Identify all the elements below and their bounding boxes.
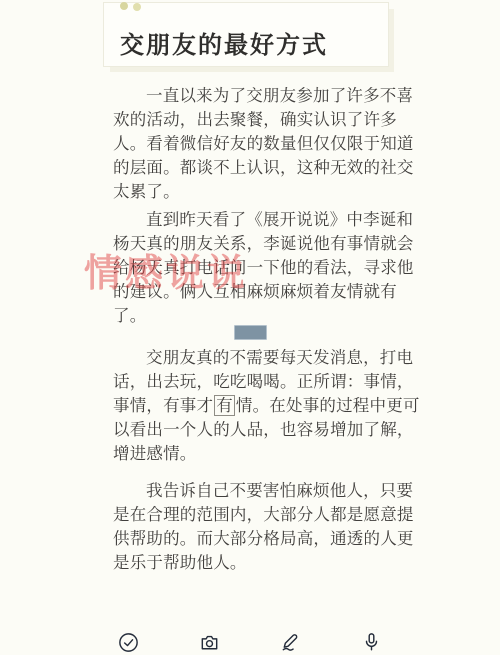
paragraph-1: 一直以来为了交朋友参加了许多不喜 欢的活动，出去聚餐，确实认识了许多 人。看着微… xyxy=(113,84,453,204)
microphone-icon[interactable] xyxy=(360,631,383,654)
paragraph-3: 交朋友真的不需要每天发消息，打电 话，出去玩，吃吃喝喝。正所谓：事情， 事情，有… xyxy=(113,346,453,466)
bottom-toolbar xyxy=(117,631,383,654)
paragraph-2: 直到昨天看了《展开说说》中李诞和 杨天真的朋友关系，李诞说他有事情就会 给杨天真… xyxy=(113,208,453,328)
page-title: 交朋友的最好方式 xyxy=(120,25,328,60)
camera-icon[interactable] xyxy=(198,631,221,654)
paragraph-4: 我告诉自己不要害怕麻烦他人，只要 是在合理的范围内，大部分人都是愿意提 供帮助的… xyxy=(113,479,453,575)
title-card: 交朋友的最好方式 xyxy=(103,2,389,67)
redaction-block xyxy=(234,325,267,340)
decorative-dot xyxy=(133,3,141,11)
note-page: 交朋友的最好方式 一直以来为了交朋友参加了许多不喜 欢的活动，出去聚餐，确实认识… xyxy=(0,0,500,655)
article-body: 一直以来为了交朋友参加了许多不喜 欢的活动，出去聚餐，确实认识了许多 人。看着微… xyxy=(113,84,453,575)
decorative-dot xyxy=(120,2,128,10)
pen-icon[interactable] xyxy=(279,631,302,654)
check-circle-icon[interactable] xyxy=(117,631,140,654)
boxed-character: 有 xyxy=(214,395,235,416)
